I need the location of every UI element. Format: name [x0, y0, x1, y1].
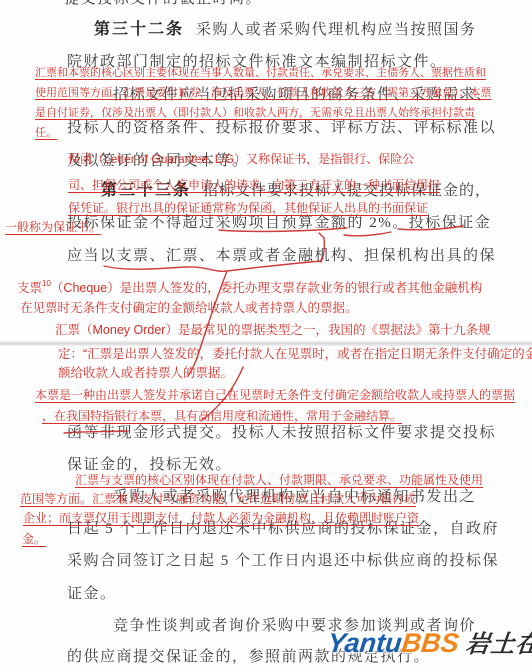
annotation-promissory-line: ，在我国特指银行本票，具有高信用度和流通性，常用于金融结算。 [42, 410, 402, 422]
article-32-text: 采购人或者采购代理机构应当按照国务 [196, 22, 477, 38]
annotation-promissory-line: 本票是一种由出票人签发并承诺自己在见票时无条件支付确定金额给收款人或持票人的票据 [35, 389, 515, 401]
annotation-draft-vs-note-line: 是自付证券，仅涉及出票人（即付款人）和收款人两方，无需承兑且出票人始终承担付款责 [35, 108, 475, 119]
scanned-document-page: 提交投标文件的截止时间。 第三十二条采购人或者采购代理机构应当按照国务 院财政部… [0, 0, 532, 672]
annotation-draft-vs-cheque-line: 汇票与支票的核心区别体现在付款人、付款期限、承兑要求、功能属性及使用 [75, 474, 483, 486]
article-32-line: 第三十二条采购人或者采购代理机构应当按照国务 [94, 20, 477, 40]
annotation-guarantee-line: 一般称为保证书。 [5, 221, 101, 233]
annotation-draft-vs-note-line: 任。 [35, 128, 57, 139]
body-line: 证金。 [67, 585, 117, 604]
annotation-cheque-line: 支票10（Cheque）是出票人签发的，委托办理支票存款业务的银行或者其他金融机… [17, 280, 482, 295]
annotation-draft-vs-note-line: 汇票和本票的核心区别主要体现在当事人数量、付款责任、承兑要求、主债务人、票据性质… [35, 68, 486, 79]
watermark-yantu-text: Yantu [326, 628, 403, 658]
annotation-draft-vs-cheque-line: 金。 [22, 533, 46, 545]
body-line: 函等非现金形式提交。投标人未按照招标文件要求提交投标 [67, 424, 496, 443]
annotation-guarantee-line: 保凭证。银行出具的保证通常称为保函，其他保证人出具的书面保证 [68, 202, 428, 214]
annotation-money-order-line: 汇票（Money Order）是最常见的票据类型之一，我国的《票据法》第十九条规 [55, 324, 490, 337]
annotation-draft-vs-cheque-line: 企业；而支票仅用于即期支付，付款人必须为金融机构，且依赖即时账户资 [23, 512, 419, 524]
annotation-money-order-line: 额给收款人或者持票人的票据。 [58, 367, 233, 380]
watermark-chinese-text: 岩土在线 [464, 631, 532, 658]
scanner-artifact-band [0, 341, 532, 346]
annotation-cheque-line: 在见票时无条件支付确定的金额给收款人或者持票人的票据。 [20, 302, 358, 315]
annotation-guarantee-line: 保函（Letter of Guarantee, L/G）又称保证书，是指银行、保… [68, 153, 414, 165]
watermark-bbs-text: BBS [400, 628, 460, 658]
yantubbs-watermark-logo: YantuBBS岩土在线 [326, 624, 532, 659]
body-line: 投标保证金不得超过采购项目预算金额的 2%。投标保证金 [67, 214, 491, 233]
article-32-heading: 第三十二条 [94, 21, 184, 38]
annotation-draft-vs-note-line: 使用范围等方面。汇票是委付证券，涉及出票人、付款人和收款人三方（需第三方承兑）；… [35, 88, 492, 99]
body-line: 采购合同签订之日起 5 个工作日内退还中标供应商的投标保 [67, 552, 499, 571]
annotation-money-order-line: 定：“汇票是出票人签发的，委托付款人在见票时，或者在指定日期无条件支付确定的金 [58, 348, 532, 361]
annotation-guarantee-line: 司、担保公司或个人应申请人的请求，向第三方开立的一种书面信用担 [68, 179, 440, 191]
body-line: 应当以支票、汇票、本票或者金融机构、担保机构出具的保 [67, 247, 496, 266]
footnote-superscript: 10 [42, 279, 51, 288]
annotation-draft-vs-cheque-line: 范围等方面。汇票兼具支付与融资功能，允许远期付款且付款人可为银行或 [20, 493, 416, 505]
clipped-top-line: 提交投标文件的截止时间。 [64, 0, 262, 9]
body-line: 投标人的资格条件、投标报价要求、评标方法、评标标准以 [67, 119, 496, 138]
